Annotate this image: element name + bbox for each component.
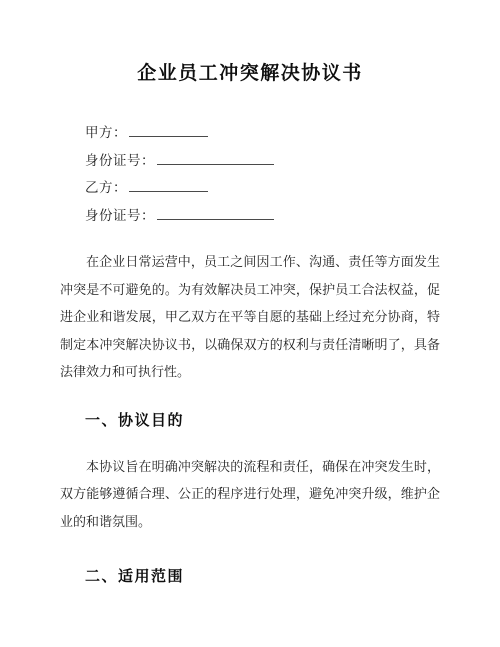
document-title: 企业员工冲突解决协议书 <box>0 0 500 85</box>
party-b-id-blank-line <box>157 205 274 220</box>
party-b-id-label: 身份证号： <box>85 208 155 223</box>
party-b-blank-line <box>129 177 208 192</box>
intro-paragraph: 在企业日常运营中，员工之间因工作、沟通、责任等方面发生冲突是不可避免的。为有效解… <box>60 248 440 386</box>
party-a-id-blank-line <box>157 150 274 165</box>
party-a-id-label: 身份证号： <box>85 153 155 168</box>
section-purpose: 一、协议目的 本协议旨在明确冲突解决的流程和责任，确保在冲突发生时，双方能够遵循… <box>0 409 500 536</box>
section-purpose-heading: 一、协议目的 <box>85 409 440 431</box>
document-page: 企业员工冲突解决协议书 甲方： 身份证号： 乙方： 身份证号： 在企业日常运营中… <box>0 0 500 647</box>
section-scope: 二、适用范围 <box>0 565 500 587</box>
section-scope-heading: 二、适用范围 <box>85 565 440 587</box>
party-a-blank-line <box>129 122 208 137</box>
party-b-row: 乙方： <box>85 174 500 202</box>
party-a-id-row: 身份证号： <box>85 147 500 175</box>
party-info-block: 甲方： 身份证号： 乙方： 身份证号： <box>85 119 500 229</box>
section-purpose-body: 本协议旨在明确冲突解决的流程和责任，确保在冲突发生时，双方能够遵循合理、公正的程… <box>60 453 440 536</box>
party-a-row: 甲方： <box>85 119 500 147</box>
party-b-id-row: 身份证号： <box>85 202 500 230</box>
party-b-label: 乙方： <box>85 180 127 195</box>
party-a-label: 甲方： <box>85 125 127 140</box>
